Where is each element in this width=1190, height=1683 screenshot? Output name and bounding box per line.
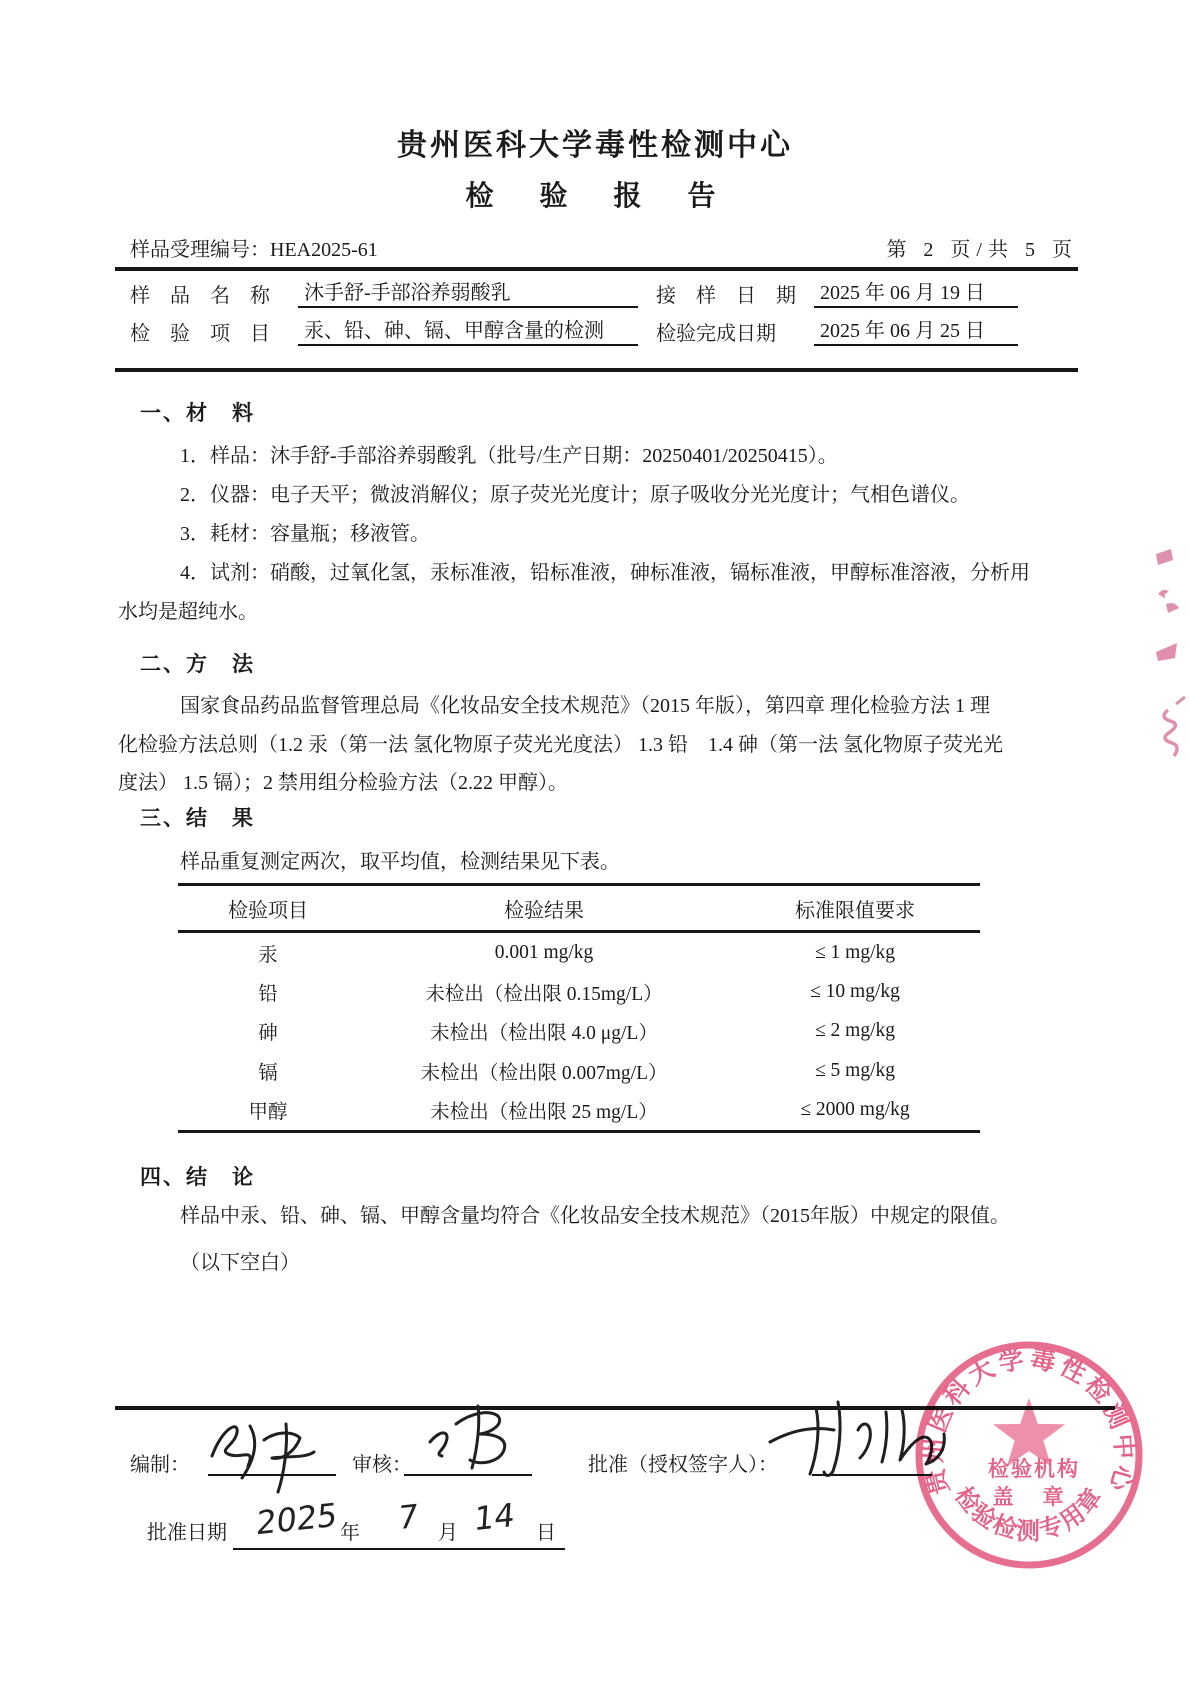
test-items-value: 汞、铅、砷、镉、甲醇含量的检测 <box>298 314 638 346</box>
approve-date-line <box>233 1548 565 1550</box>
prepared-signature <box>198 1404 344 1496</box>
cell-limit: ≤ 2 mg/kg <box>730 1020 980 1042</box>
materials-line: 4．试剂：硝酸，过氧化氢，汞标准液，铅标准液，砷标准液，镉标准液，甲醇标准溶液，… <box>118 554 1083 593</box>
handwritten-day: 14 <box>473 1496 516 1539</box>
sample-no: 样品受理编号：HEA2025-61 <box>130 233 378 262</box>
method-heading: 二、方 法 <box>140 648 255 678</box>
sample-no-value: HEA2025-61 <box>270 239 378 261</box>
year-char: 年 <box>340 1516 360 1545</box>
cell-limit: ≤ 2000 mg/kg <box>730 1099 980 1121</box>
col-header-item: 检验项目 <box>178 894 358 923</box>
complete-date-value: 2025 年 06 月 25 日 <box>814 314 1018 346</box>
table-row: 铅 未检出（检出限 0.15mg/L） ≤ 10 mg/kg <box>178 972 980 1011</box>
table-row: 汞 0.001 mg/kg ≤ 1 mg/kg <box>178 933 980 972</box>
approve-date-label: 批准日期 <box>147 1516 227 1545</box>
method-body: 国家食品药品监督管理总局《化妆品安全技术规范》（2015 年版），第四章 理化检… <box>118 687 1083 803</box>
sample-name-row: 样 品 名 称 沐手舒-手部浴养弱酸乳 接 样 日 期 2025 年 06 月 … <box>130 276 1018 308</box>
cell-limit: ≤ 1 mg/kg <box>730 942 980 964</box>
prepared-signature-line <box>208 1474 336 1476</box>
receive-date-value: 2025 年 06 月 19 日 <box>814 276 1018 308</box>
materials-line: 3．耗材：容量瓶；移液管。 <box>118 515 1083 554</box>
method-line: 度法） 1.5 镉）；2 禁用组分检验方法（2.22 甲醇）。 <box>118 764 1083 803</box>
results-heading: 三、结 果 <box>140 802 255 832</box>
table-row: 甲醇 未检出（检出限 25 mg/L） ≤ 2000 mg/kg <box>178 1091 980 1130</box>
cell-limit: ≤ 5 mg/kg <box>730 1060 980 1082</box>
blank-note: （以下空白） <box>180 1246 300 1275</box>
materials-heading: 一、材 料 <box>140 397 255 427</box>
method-line: 化检验方法总则（1.2 汞（第一法 氢化物原子荧光光度法） 1.3 铅 1.4 … <box>118 726 1083 765</box>
sample-no-label: 样品受理编号： <box>130 239 270 261</box>
materials-line: 1．样品：沐手舒-手部浴养弱酸乳（批号/生产日期：20250401/202504… <box>118 437 1083 476</box>
reviewed-signature <box>420 1396 540 1478</box>
materials-line: 2．仪器：电子天平；微波消解仪；原子荧光光度计；原子吸收分光光度计；气相色谱仪。 <box>118 476 1083 515</box>
method-line: 国家食品药品监督管理总局《化妆品安全技术规范》（2015 年版），第四章 理化检… <box>118 687 1083 726</box>
test-items-row: 检 验 项 目 汞、铅、砷、镉、甲醇含量的检测 检验完成日期 2025 年 06… <box>130 314 1018 346</box>
cell-result: 未检出（检出限 4.0 μg/L） <box>358 1017 730 1045</box>
cell-item: 镉 <box>178 1057 358 1085</box>
cell-item: 铅 <box>178 978 358 1006</box>
sample-name-value: 沐手舒-手部浴养弱酸乳 <box>298 276 638 308</box>
materials-body: 1．样品：沐手舒-手部浴养弱酸乳（批号/生产日期：20250401/202504… <box>118 437 1083 632</box>
test-items-label: 检 验 项 目 <box>130 317 298 346</box>
col-header-limit: 标准限值要求 <box>730 894 980 923</box>
report-page: 贵州医科大学毒性检测中心 检 验 报 告 样品受理编号：HEA2025-61 第… <box>0 0 1190 1683</box>
cell-limit: ≤ 10 mg/kg <box>730 981 980 1003</box>
day-char: 日 <box>536 1516 556 1545</box>
reviewed-label: 审核： <box>352 1448 412 1477</box>
reviewed-signature-line <box>404 1474 532 1476</box>
table-row: 镉 未检出（检出限 0.007mg/L） ≤ 5 mg/kg <box>178 1051 980 1090</box>
cell-result: 未检出（检出限 0.15mg/L） <box>358 978 730 1006</box>
materials-line: 水均是超纯水。 <box>118 593 1083 632</box>
handwritten-month: 7 <box>397 1497 420 1538</box>
handwritten-year: 2025 <box>255 1495 339 1542</box>
prepared-label: 编制： <box>130 1448 190 1477</box>
seal-line2: 盖 章 <box>993 1485 1068 1509</box>
receive-date-label: 接 样 日 期 <box>656 279 814 308</box>
cell-result: 未检出（检出限 0.007mg/L） <box>358 1057 730 1085</box>
approved-label: 批准（授权签字人）： <box>588 1448 778 1477</box>
complete-date-label: 检验完成日期 <box>656 317 814 346</box>
meta-row: 样品受理编号：HEA2025-61 第 2 页/共 5 页 <box>130 233 1078 262</box>
col-header-result: 检验结果 <box>358 894 730 923</box>
cell-result: 未检出（检出限 25 mg/L） <box>358 1096 730 1124</box>
seal-line1: 检验机构 <box>988 1457 1080 1481</box>
month-char: 月 <box>438 1516 458 1545</box>
results-intro: 样品重复测定两次，取平均值，检测结果见下表。 <box>180 845 620 874</box>
conclusion-heading: 四、结 论 <box>140 1161 255 1191</box>
conclusion-text: 样品中汞、铅、砷、镉、甲醇含量均符合《化妆品安全技术规范》（2015年版）中规定… <box>118 1199 1083 1228</box>
center-name: 贵州医科大学毒性检测中心 <box>0 120 1190 164</box>
cell-result: 0.001 mg/kg <box>358 942 730 964</box>
official-seal: 贵州医科大学毒性检测中心 检验机构 盖 章 检验检测专用章 <box>897 1320 1161 1584</box>
page-indicator: 第 2 页/共 5 页 <box>886 233 1078 262</box>
sample-name-label: 样 品 名 称 <box>130 279 298 308</box>
cell-item: 汞 <box>178 939 358 967</box>
table-row: 砷 未检出（检出限 4.0 μg/L） ≤ 2 mg/kg <box>178 1012 980 1051</box>
divider-top <box>115 267 1078 271</box>
stamp-fragment-marks <box>1150 540 1190 760</box>
results-table-header: 检验项目 检验结果 标准限值要求 <box>178 886 980 933</box>
cell-item: 甲醇 <box>178 1096 358 1124</box>
cell-item: 砷 <box>178 1017 358 1045</box>
results-table: 检验项目 检验结果 标准限值要求 汞 0.001 mg/kg ≤ 1 mg/kg… <box>178 883 980 1133</box>
report-title: 检 验 报 告 <box>0 174 1190 214</box>
divider-mid <box>115 368 1078 372</box>
